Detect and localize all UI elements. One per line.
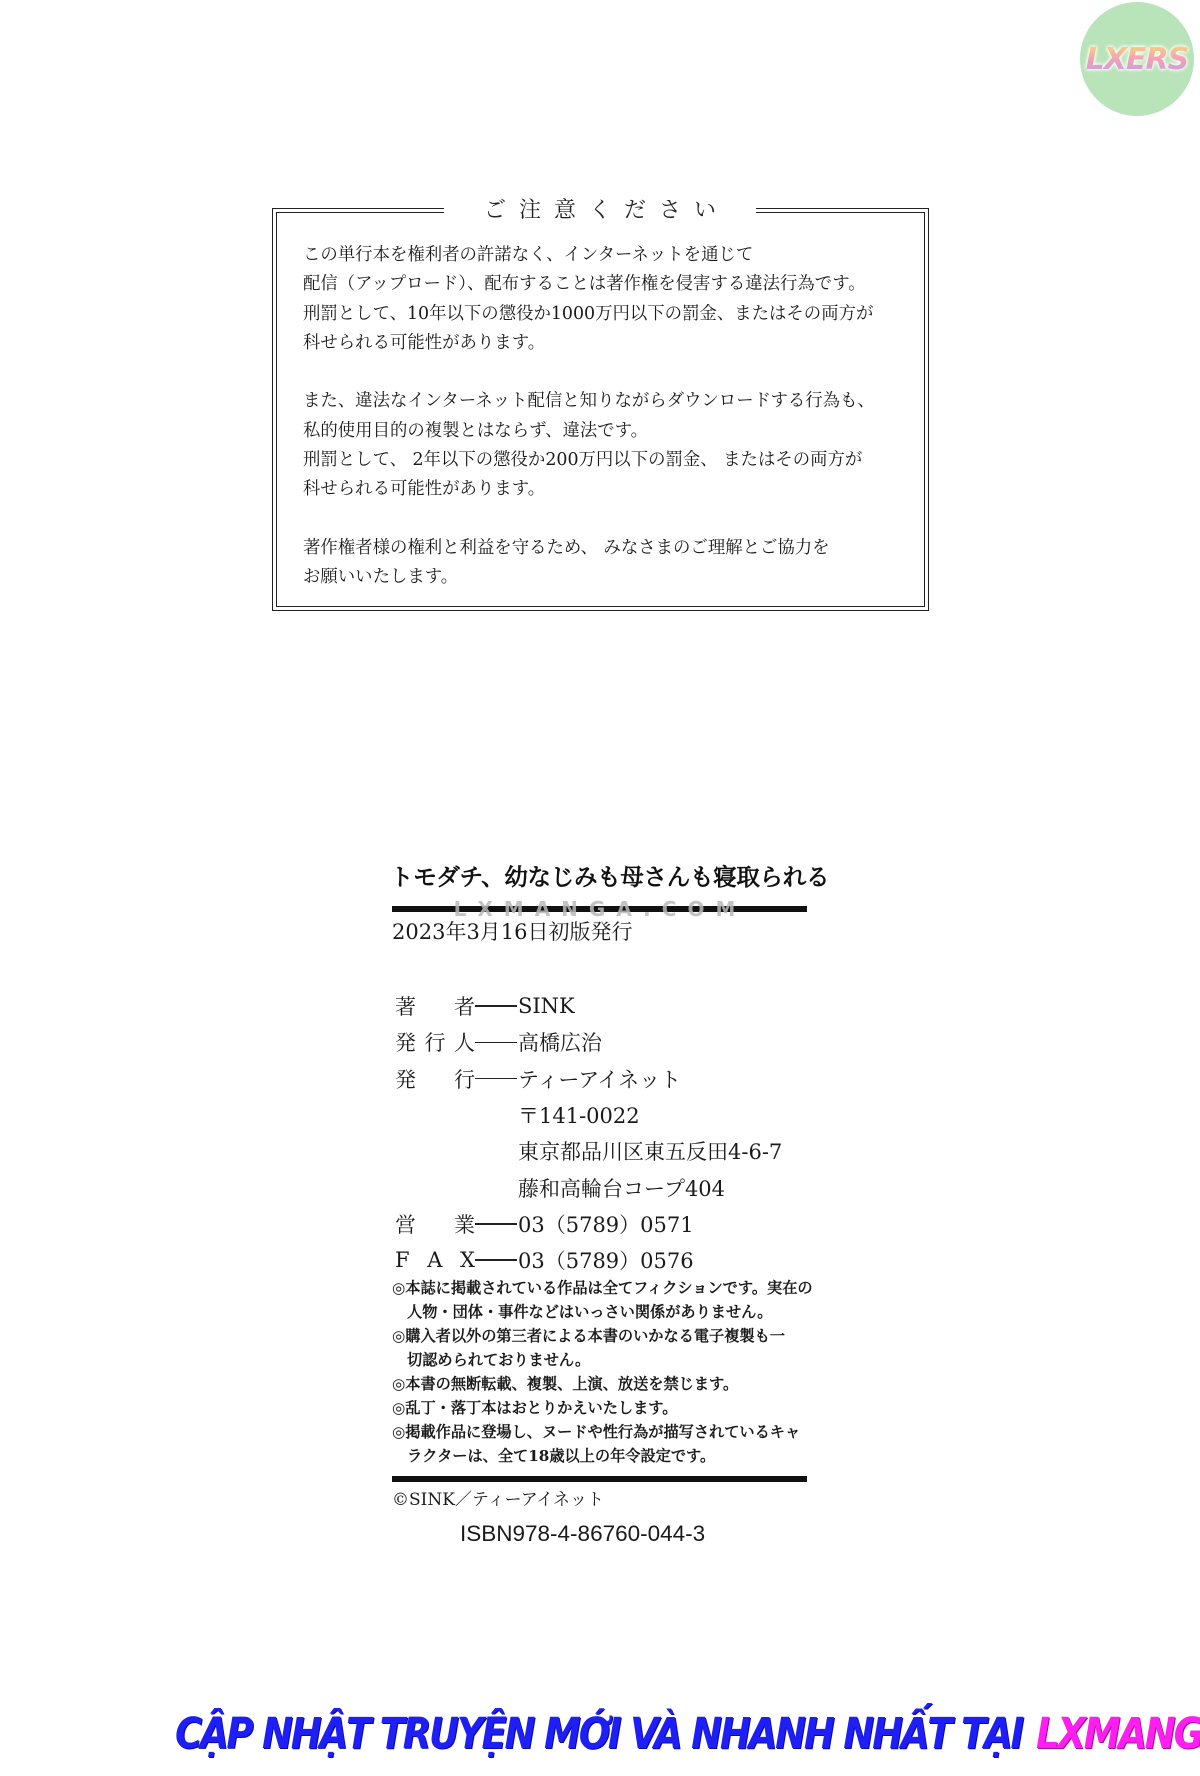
credit-value: SINK	[518, 994, 575, 1018]
notice-line: 私的使用目的の複製とはならず、違法です。	[303, 417, 913, 446]
label-char: F	[395, 1248, 410, 1272]
promo-banner[interactable]: CẬP NHẬT TRUYỆN MỚI VÀ NHANH NHẤT TẠI LX…	[175, 1704, 1015, 1762]
label-char: 行	[425, 1027, 446, 1057]
label-char: 人	[454, 1027, 475, 1057]
credit-value: 東京都品川区東五反田4-6-7	[518, 1136, 782, 1166]
banner-text: CẬP NHẬT TRUYỆN MỚI VÀ NHANH NHẤT TẠI	[175, 1708, 1022, 1757]
credit-row-publisher: 発 行 ティーアイネット	[395, 1061, 782, 1097]
credit-value: 03（5789）0576	[518, 1245, 694, 1275]
leader-dash	[475, 1259, 517, 1261]
credit-value: 藤和高輪台コープ404	[518, 1173, 725, 1203]
notice-line: 著作権者様の権利と利益を守るため、 みなさまのご理解とご協力を	[303, 534, 913, 563]
credit-row-author: 著 者 SINK	[395, 988, 782, 1024]
notice-line: 配信（アップロード）、配布することは著作権を侵害する違法行為です。	[303, 270, 913, 299]
address-postal-code: 〒141-0022	[395, 1097, 782, 1133]
credit-label: 発 行 人	[395, 1027, 475, 1057]
notice-paragraph-upload: この単行本を権利者の許諾なく、インターネットを通じて 配信（アップロード）、配布…	[303, 241, 913, 358]
colophon-credits: 著 者 SINK 発 行 人 高橋広治 発 行 ティーアイネット 〒141-00…	[395, 988, 782, 1278]
legal-notes: ◎本誌に掲載されている作品は全てフィクションです。実在の 人物・団体・事件などは…	[392, 1276, 813, 1468]
credit-label: 発 行	[395, 1064, 475, 1094]
note-line: 人物・団体・事件などはいっさい関係がありません。	[392, 1300, 813, 1324]
leader-dash	[475, 1223, 517, 1225]
notice-line: また、違法なインターネット配信と知りながらダウンロードする行為も、	[303, 387, 913, 416]
credit-row-sales: 営 業 03（5789）0571	[395, 1206, 782, 1242]
note-line: ◎掲載作品に登場し、ヌードや性行為が描写されているキャ	[392, 1420, 813, 1444]
address-line-1: 東京都品川区東五反田4-6-7	[395, 1133, 782, 1169]
notice-body: この単行本を権利者の許諾なく、インターネットを通じて 配信（アップロード）、配布…	[303, 241, 913, 593]
leader-dash	[475, 1042, 517, 1044]
leader-dash	[475, 1005, 517, 1007]
label-char: A	[427, 1248, 442, 1272]
credit-row-publisher-person: 発 行 人 高橋広治	[395, 1024, 782, 1060]
note-line: ◎本誌に掲載されている作品は全てフィクションです。実在の	[392, 1276, 813, 1300]
notice-line: 刑罰として、10年以下の懲役か1000万円以下の罰金、またはその両方が	[303, 300, 913, 329]
credit-value: 高橋広治	[518, 1027, 602, 1057]
label-char: 著	[395, 991, 416, 1021]
label-char: 業	[454, 1209, 475, 1239]
note-line: 切認められておりません。	[392, 1348, 813, 1372]
notice-paragraph-request: 著作権者様の権利と利益を守るため、 みなさまのご理解とご協力を お願いいたします…	[303, 534, 913, 593]
credit-label: 営 業	[395, 1209, 475, 1239]
notice-line: この単行本を権利者の許諾なく、インターネットを通じて	[303, 241, 913, 270]
label-char: 発	[395, 1064, 416, 1094]
notice-line: 科せられる可能性があります。	[303, 475, 913, 504]
logo-text: LXERS	[1086, 42, 1188, 77]
address-line-2: 藤和高輪台コープ404	[395, 1169, 782, 1205]
note-line: ◎乱丁・落丁本はおとりかえいたします。	[392, 1396, 813, 1420]
label-char: X	[460, 1248, 475, 1272]
notice-heading: ご注意ください	[444, 196, 756, 226]
book-title: トモダチ、幼なじみも母さんも寝取られる	[390, 858, 829, 892]
notice-line: 刑罰として、 2年以下の懲役か200万円以下の罰金、 またはその両方が	[303, 446, 913, 475]
label-char: 行	[454, 1064, 475, 1094]
notice-line: 科せられる可能性があります。	[303, 329, 913, 358]
credit-value: 〒141-0022	[518, 1100, 640, 1130]
site-logo: LXERS	[1080, 2, 1194, 116]
colophon-bottom-rule	[392, 1476, 807, 1482]
notice-line: お願いいたします。	[303, 563, 913, 592]
note-line: ◎購入者以外の第三者による本書のいかなる電子複製も一	[392, 1324, 813, 1348]
credit-row-fax: F A X 03（5789）0576	[395, 1242, 782, 1278]
note-line: ラクターは、全て18歳以上の年令設定です。	[392, 1444, 813, 1468]
label-char: 発	[395, 1027, 416, 1057]
leader-dash	[475, 1078, 517, 1080]
note-line: ◎本書の無断転載、複製、上演、放送を禁じます。	[392, 1372, 813, 1396]
credit-label: F A X	[395, 1248, 475, 1272]
copyright-line: ©SINK／ティーアイネット	[392, 1485, 604, 1510]
credit-label: 著 者	[395, 991, 475, 1021]
credit-value: 03（5789）0571	[518, 1209, 694, 1239]
isbn: ISBN978-4-86760-044-3	[460, 1521, 705, 1547]
label-char: 者	[454, 991, 475, 1021]
label-char: 営	[395, 1209, 416, 1239]
banner-site-link[interactable]: LXMANGA.COM	[1036, 1708, 1200, 1757]
credit-value: ティーアイネット	[518, 1064, 681, 1094]
notice-paragraph-download: また、違法なインターネット配信と知りながらダウンロードする行為も、 私的使用目的…	[303, 387, 913, 504]
publication-date: 2023年3月16日初版発行	[392, 916, 633, 946]
